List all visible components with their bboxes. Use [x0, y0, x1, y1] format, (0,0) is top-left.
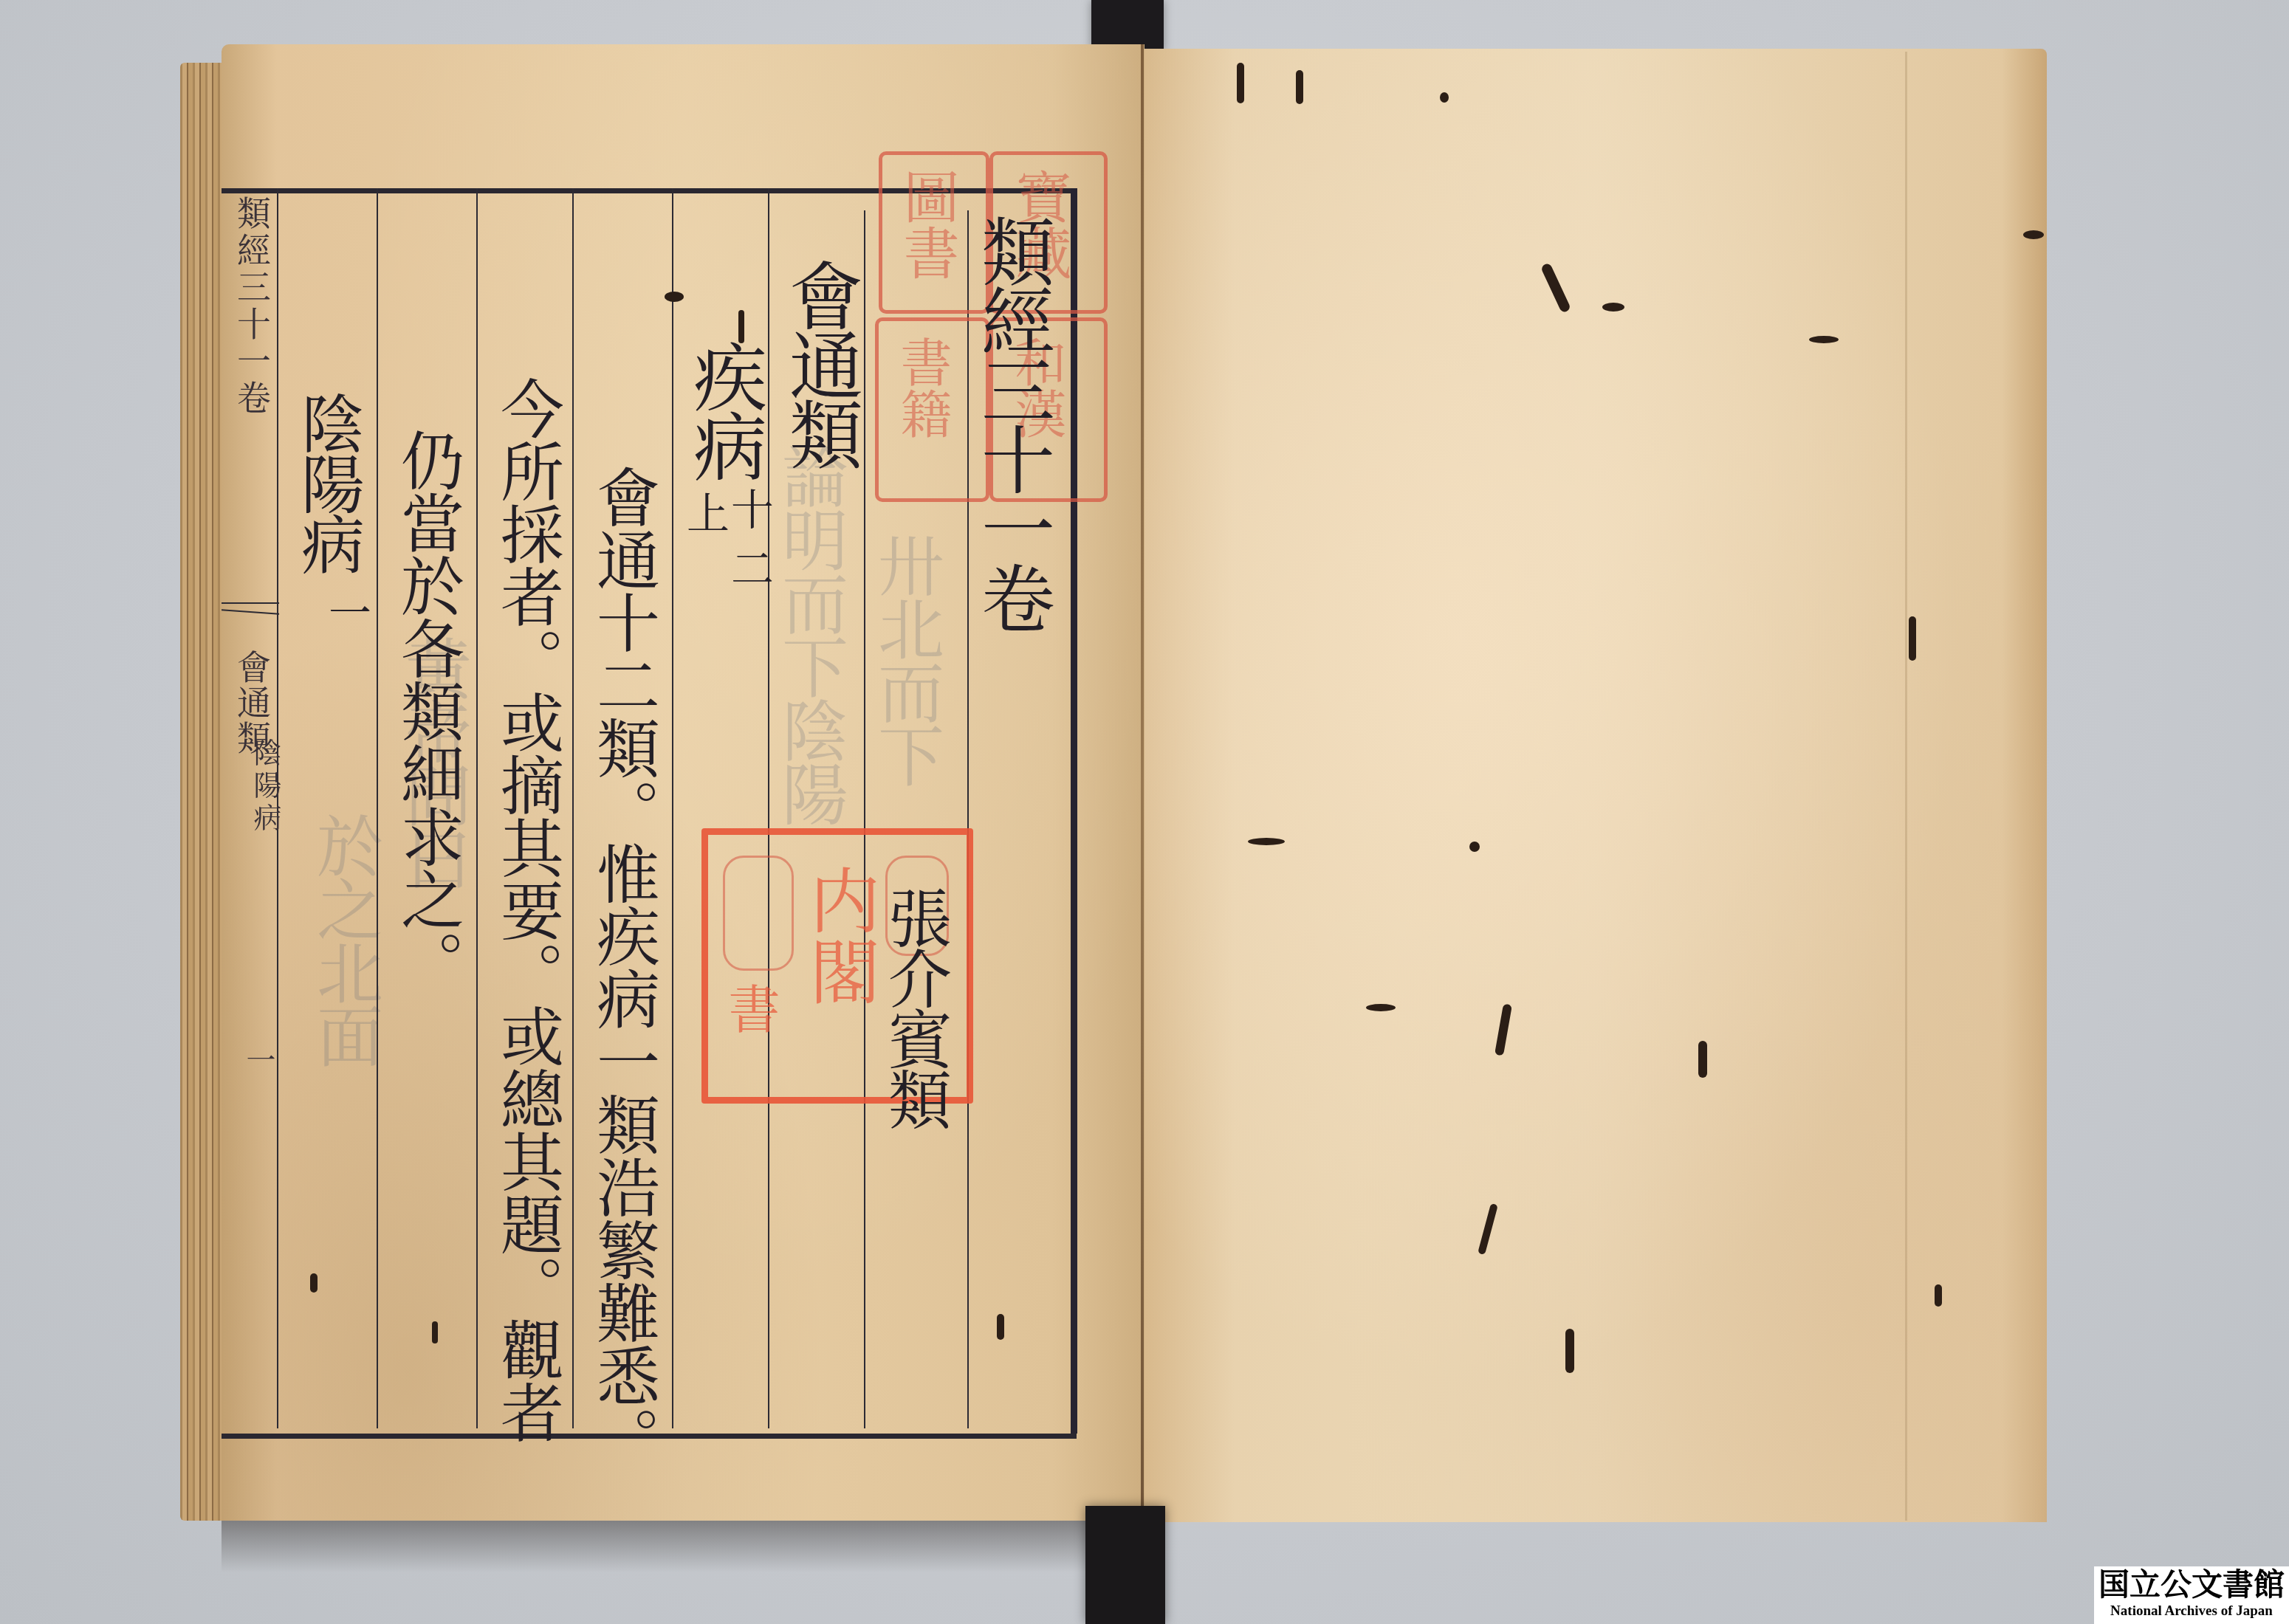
worm-hole [738, 310, 744, 343]
worm-hole [1809, 336, 1839, 343]
body-text-line: 今所採者。或摘其要。或總其題。觀者 [495, 376, 558, 1443]
chapter-part: 上 [683, 491, 726, 534]
right-page-fold [1905, 52, 1907, 1521]
section-heading: 陰陽病 [295, 391, 359, 573]
seal-glyph: 圖書 [899, 168, 955, 281]
chapter-heading: 疾病 [687, 340, 761, 478]
seal-ring [723, 856, 794, 971]
worm-hole [997, 1314, 1004, 1340]
volume-title: 類經三十一卷 [975, 214, 1049, 630]
worm-hole [1909, 616, 1916, 661]
gutter [1141, 44, 1144, 1521]
worm-hole [1248, 838, 1285, 845]
worm-hole [432, 1321, 438, 1343]
seal-glyph: 書籍 [896, 336, 948, 439]
worm-hole [310, 1273, 318, 1293]
fore-edge-folio: 一 [244, 1045, 273, 1074]
book-shadow [222, 1513, 1093, 1572]
section-number: 一 [325, 591, 368, 633]
worm-hole [1698, 1041, 1707, 1078]
column-rule [768, 188, 769, 1428]
worm-hole [1935, 1284, 1942, 1307]
worm-hole [1440, 92, 1449, 103]
worm-hole [1296, 70, 1303, 104]
archive-name-jp: 国立公文書館 [2097, 1568, 2286, 1602]
author-credit: 張介賓類 [882, 886, 946, 1128]
right-page-blank [1144, 49, 2047, 1522]
chapter-number: 十二 [727, 487, 770, 605]
body-text-line: 會通十二類。惟疾病一類浩繁難悉。 [591, 465, 654, 1469]
column-rule [572, 188, 574, 1428]
worm-hole [1565, 1329, 1574, 1373]
seal-glyph: 書 [724, 983, 776, 1034]
seal-glyph: 内閣 [804, 864, 875, 1006]
fore-edge-title: 類經三十一卷 [235, 196, 269, 417]
category-heading: 會通類 [783, 258, 857, 467]
archive-name-en: National Archives of Japan [2094, 1603, 2289, 1620]
worm-hole [2023, 230, 2044, 239]
body-text-line: 仍當於各類細求之。 [395, 428, 459, 993]
column-rule [864, 210, 865, 1428]
column-rule [377, 188, 378, 1428]
worm-hole [665, 292, 684, 302]
column-rule [476, 188, 478, 1428]
worm-hole [1366, 1004, 1396, 1011]
worm-hole [1602, 303, 1624, 312]
binding-strip-bottom [1085, 1506, 1165, 1624]
fore-edge-subsection: 陰陽病 [251, 738, 279, 836]
column-rule [672, 188, 673, 1428]
fish-tail-mark [222, 602, 279, 604]
worm-hole [1469, 842, 1480, 852]
archive-logo: 国立公文書館 National Archives of Japan [2094, 1566, 2289, 1624]
worm-hole [1237, 63, 1244, 103]
